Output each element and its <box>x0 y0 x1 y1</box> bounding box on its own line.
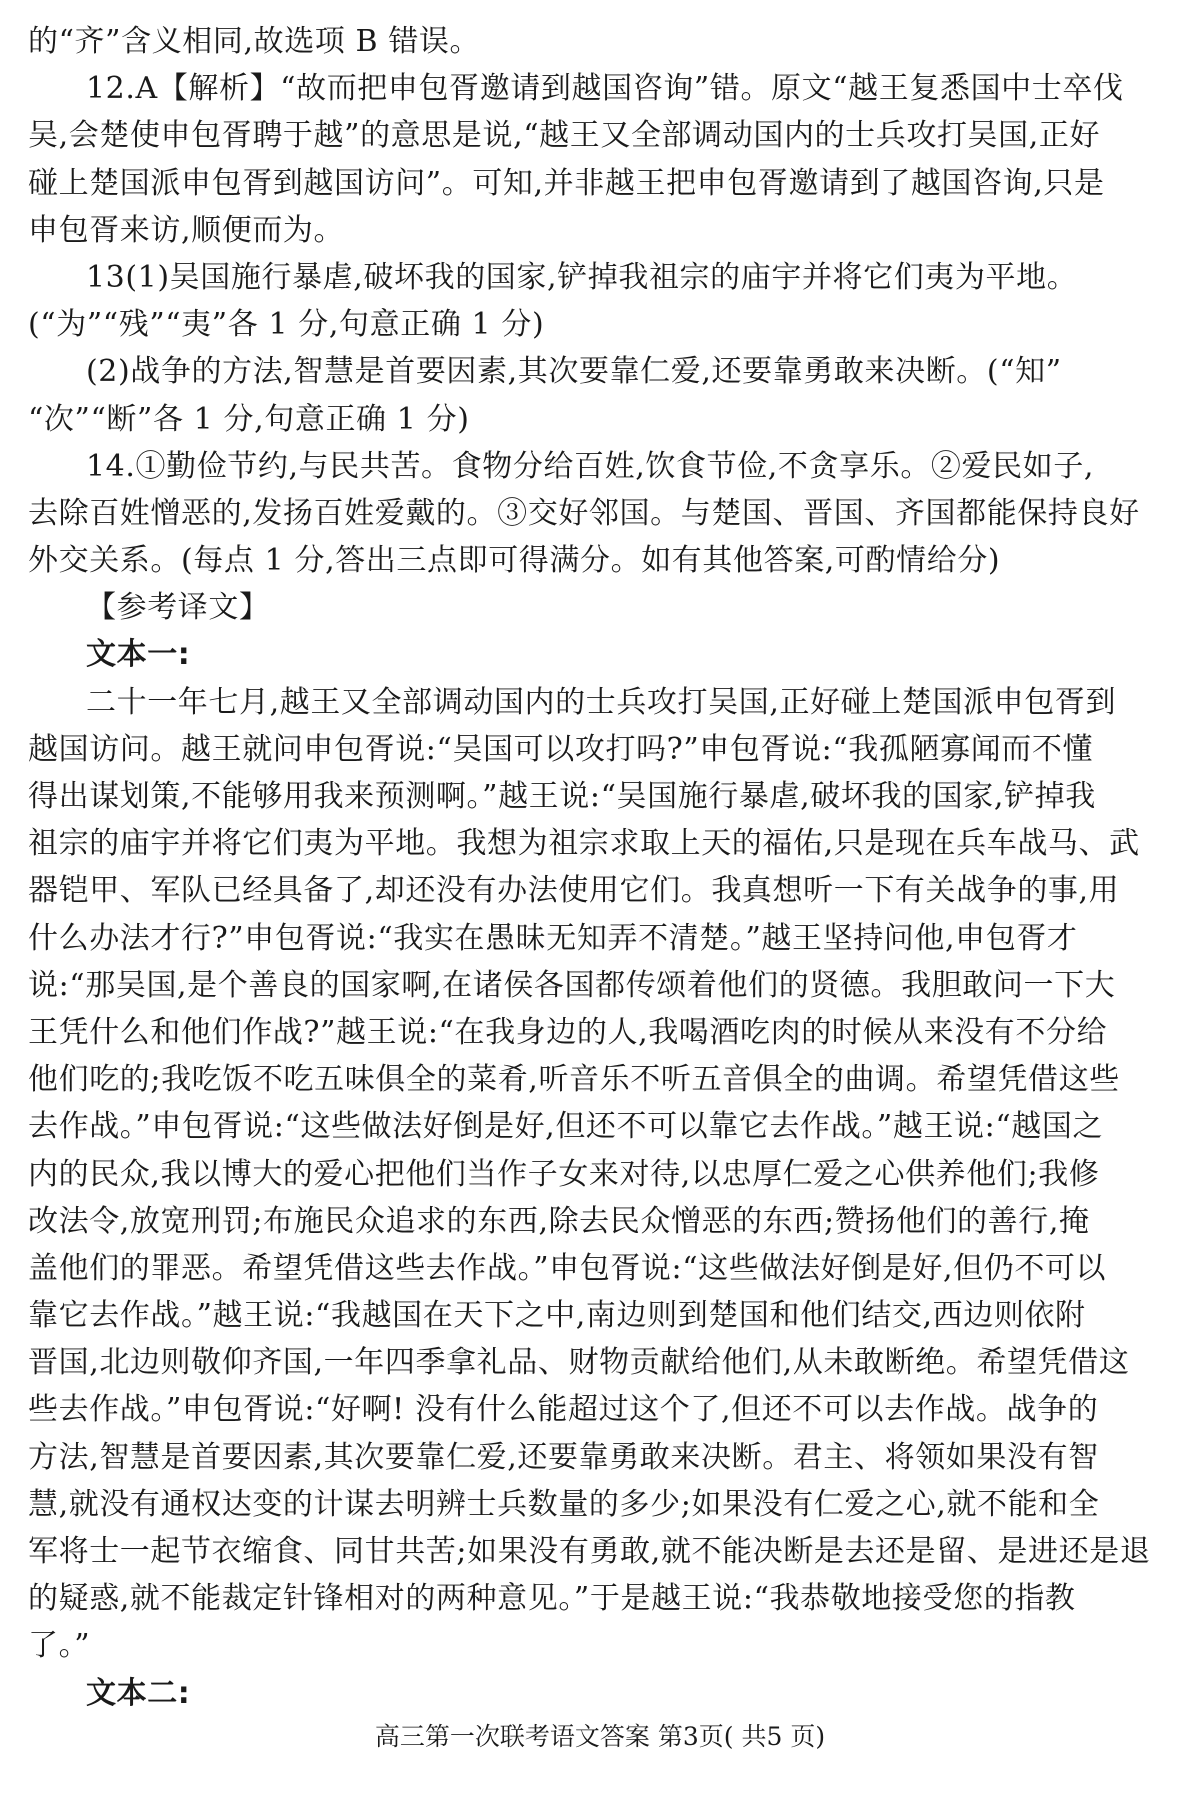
text-line: 申包胥来访,顺便而为。 <box>28 207 1178 254</box>
document-page: 的“齐”含义相同,故选项 B 错误。 12.A【解析】“故而把申包胥邀请到越国咨… <box>28 18 1178 1717</box>
text-line: 方法,智慧是首要因素,其次要靠仁爱,还要靠勇敢来决断。君主、将领如果没有智 <box>28 1434 1178 1481</box>
text-line: 些去作战。”申包胥说:“好啊! 没有什么能超过这个了,但还不可以去作战。战争的 <box>28 1386 1178 1433</box>
text-line: 的“齐”含义相同,故选项 B 错误。 <box>28 18 1178 65</box>
text-line: 吴,会楚使申包胥聘于越”的意思是说,“越王又全部调动国内的士兵攻打吴国,正好 <box>28 112 1178 159</box>
text-line: 改法令,放宽刑罚;布施民众追求的东西,除去民众憎恶的东西;赞扬他们的善行,掩 <box>28 1198 1178 1245</box>
translation-paragraph-start: 二十一年七月,越王又全部调动国内的士兵攻打吴国,正好碰上楚国派申包胥到 <box>28 679 1178 726</box>
text-line: 碰上楚国派申包胥到越国访问”。可知,并非越王把申包胥邀请到了越国咨询,只是 <box>28 160 1178 207</box>
text-one-heading: 文本一: <box>28 631 1178 678</box>
text-line: 军将士一起节衣缩食、同甘共苦;如果没有勇敢,就不能决断是去还是留、是进还是退 <box>28 1528 1178 1575</box>
text-line: 祖宗的庙宇并将它们夷为平地。我想为祖宗求取上天的福佑,只是现在兵车战马、武 <box>28 820 1178 867</box>
text-line: 靠它去作战。”越王说:“我越国在天下之中,南边则到楚国和他们结交,西边则依附 <box>28 1292 1178 1339</box>
text-line: 去除百姓憎恶的,发扬百姓爱戴的。③交好邻国。与楚国、晋国、齐国都能保持良好 <box>28 490 1178 537</box>
text-line: 晋国,北边则敬仰齐国,一年四季拿礼品、财物贡献给他们,从未敢断绝。希望凭借这 <box>28 1339 1178 1386</box>
text-line: (“为”“残”“夷”各 1 分,句意正确 1 分) <box>28 301 1178 348</box>
answer-13-1: 13(1)吴国施行暴虐,破坏我的国家,铲掉我祖宗的庙宇并将它们夷为平地。 <box>28 254 1178 301</box>
text-line: 他们吃的;我吃饭不吃五味俱全的菜肴,听音乐不听五音俱全的曲调。希望凭借这些 <box>28 1056 1178 1103</box>
text-line: 王凭什么和他们作战?”越王说:“在我身边的人,我喝酒吃肉的时候从来没有不分给 <box>28 1009 1178 1056</box>
text-line: 慧,就没有通权达变的计谋去明辨士兵数量的多少;如果没有仁爱之心,就不能和全 <box>28 1481 1178 1528</box>
text-line: 内的民众,我以博大的爱心把他们当作子女来对待,以忠厚仁爱之心供养他们;我修 <box>28 1151 1178 1198</box>
text-line: 的疑惑,就不能裁定针锋相对的两种意见。”于是越王说:“我恭敬地接受您的指教 <box>28 1575 1178 1622</box>
text-line: 外交关系。(每点 1 分,答出三点即可得满分。如有其他答案,可酌情给分) <box>28 537 1178 584</box>
text-line: 得出谋划策,不能够用我来预测啊。”越王说:“吴国施行暴虐,破坏我的国家,铲掉我 <box>28 773 1178 820</box>
text-two-heading: 文本二: <box>28 1670 1178 1717</box>
reference-translation-heading: 【参考译文】 <box>28 584 1178 631</box>
answer-12: 12.A【解析】“故而把申包胥邀请到越国咨询”错。原文“越王复悉国中士卒伐 <box>28 65 1178 112</box>
answer-14: 14.①勤俭节约,与民共苦。食物分给百姓,饮食节俭,不贪享乐。②爱民如子, <box>28 443 1178 490</box>
text-line: 了。” <box>28 1622 1178 1669</box>
text-line: 说:“那吴国,是个善良的国家啊,在诸侯各国都传颂着他们的贤德。我胆敢问一下大 <box>28 962 1178 1009</box>
text-line: 去作战。”申包胥说:“这些做法好倒是好,但还不可以靠它去作战。”越王说:“越国之 <box>28 1103 1178 1150</box>
text-line: 越国访问。越王就问申包胥说:“吴国可以攻打吗?”申包胥说:“我孤陋寡闻而不懂 <box>28 726 1178 773</box>
answer-13-2: (2)战争的方法,智慧是首要因素,其次要靠仁爱,还要靠勇敢来决断。(“知” <box>28 348 1178 395</box>
text-line: 器铠甲、军队已经具备了,却还没有办法使用它们。我真想听一下有关战争的事,用 <box>28 867 1178 914</box>
page-footer: 高三第一次联考语文答案 第3页( 共5 页) <box>0 1717 1200 1753</box>
text-line: 盖他们的罪恶。希望凭借这些去作战。”申包胥说:“这些做法好倒是好,但仍不可以 <box>28 1245 1178 1292</box>
text-line: “次”“断”各 1 分,句意正确 1 分) <box>28 396 1178 443</box>
text-line: 什么办法才行?”申包胥说:“我实在愚昧无知弄不清楚。”越王坚持问他,申包胥才 <box>28 915 1178 962</box>
